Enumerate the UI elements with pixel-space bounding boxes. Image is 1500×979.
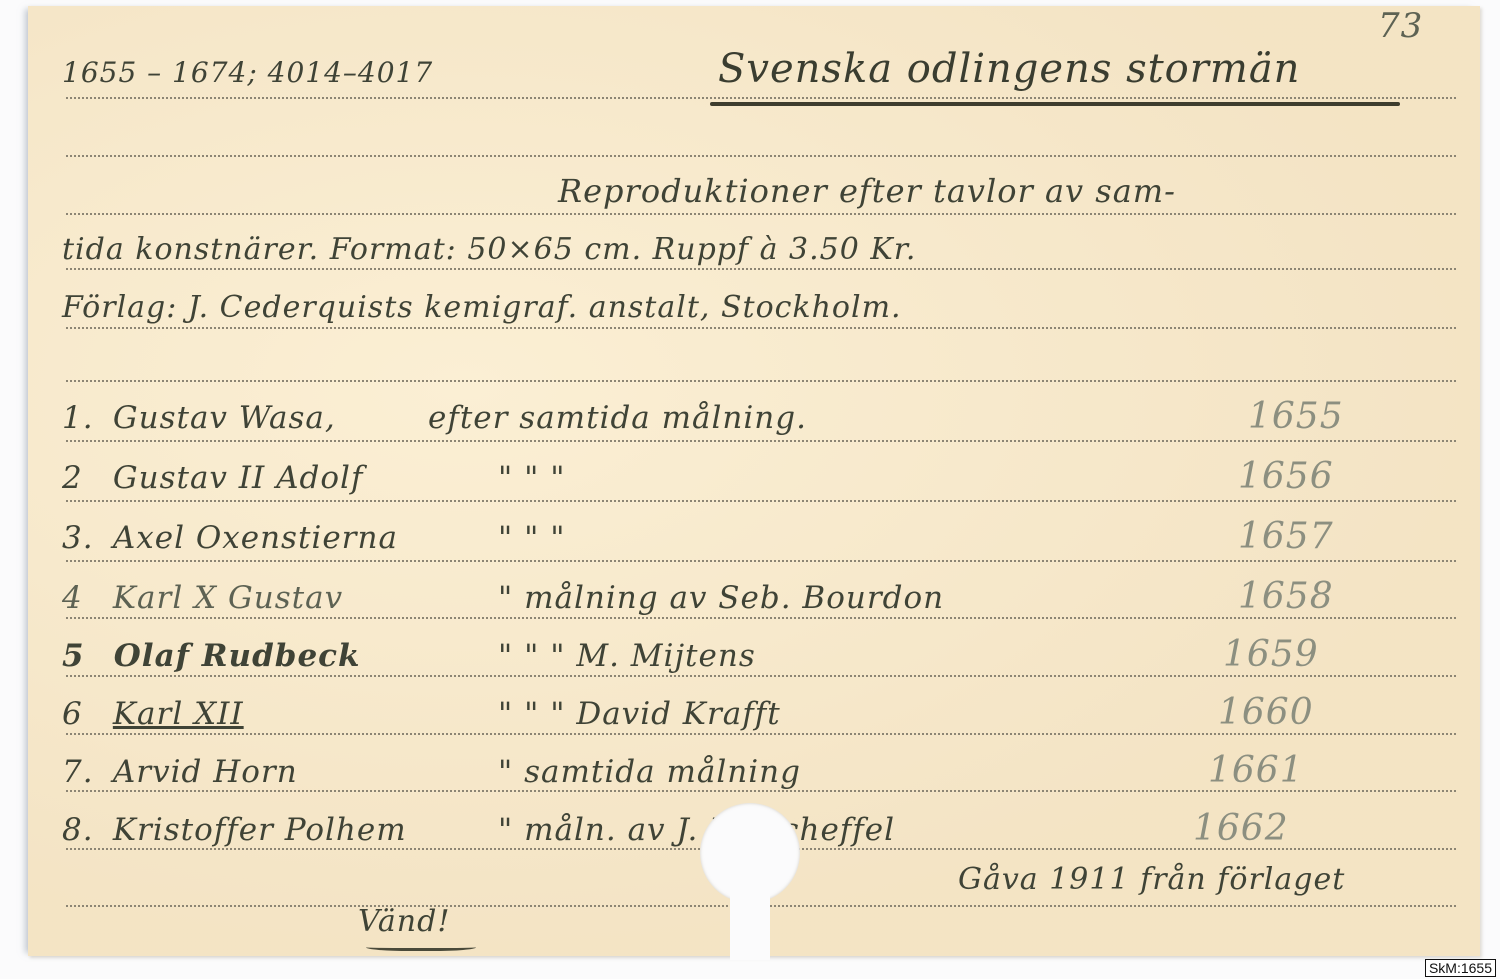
ruled-line (66, 733, 1456, 735)
entry-name: Gustav II Adolf (113, 460, 364, 496)
entry-number: 4 (62, 580, 102, 616)
entry-name: Karl X Gustav (113, 580, 343, 616)
entry-code: 1655 (1248, 396, 1344, 437)
entry-number: 3. (62, 520, 102, 556)
entry-source: " måln. av J. H. Scheffel (498, 812, 895, 848)
entry-source: " " " David Krafft (498, 696, 781, 732)
entry-number: 8. (62, 812, 102, 848)
title-underline (710, 102, 1400, 106)
entry-code: 1661 (1208, 750, 1304, 791)
ruled-line (66, 675, 1456, 677)
entry-code: 1660 (1218, 692, 1314, 733)
description-line-3: Förlag: J. Cederquists kemigraf. anstalt… (62, 290, 902, 325)
entry-name: Karl XII (113, 696, 244, 732)
entry-number: 2 (62, 460, 102, 496)
entry-source: " " " M. Mijtens (498, 638, 756, 674)
ruled-line (66, 440, 1456, 442)
ruled-line (66, 213, 1456, 215)
entry-name: Gustav Wasa, (113, 400, 336, 436)
turn-over-underline (366, 942, 476, 951)
description-line-2: tida konstnärer. Format: 50×65 cm. Ruppf… (62, 232, 916, 267)
page-number: 73 (1378, 6, 1423, 46)
entry-source: " " " (498, 460, 565, 496)
ruled-line (66, 97, 1456, 99)
entry-name: Olaf Rudbeck (114, 638, 361, 674)
ruled-line (66, 560, 1456, 562)
entry-code: 1656 (1238, 456, 1334, 497)
catalog-number-label: SkM:1655 (1425, 959, 1496, 977)
ruled-line (66, 268, 1456, 270)
entry-code: 1658 (1238, 576, 1334, 617)
entry-source: " målning av Seb. Bourdon (498, 580, 944, 616)
entry-source: " " " (498, 520, 565, 556)
ruled-line (66, 155, 1456, 157)
entry-code: 1657 (1238, 516, 1334, 557)
turn-over-note: Vänd! (358, 904, 450, 939)
ruled-line (66, 500, 1456, 502)
ruled-line (66, 380, 1456, 382)
entry-name: Kristoffer Polhem (113, 812, 407, 848)
entry-code: 1659 (1223, 634, 1319, 675)
donation-note: Gåva 1911 från förlaget (958, 862, 1345, 897)
card-title: Svenska odlingens stormän (718, 46, 1300, 92)
entry-number: 6 (62, 696, 102, 732)
entry-name: Axel Oxenstierna (113, 520, 398, 556)
entry-name: Arvid Horn (113, 754, 298, 790)
ruled-line (66, 327, 1456, 329)
entry-source: " samtida målning (498, 754, 801, 790)
entry-number: 5 (62, 638, 102, 674)
reference-range: 1655 – 1674; 4014–4017 (62, 56, 433, 89)
keyhole-slot (730, 880, 770, 960)
entry-source: efter samtida målning. (428, 400, 807, 436)
description-line-1: Reproduktioner efter tavlor av sam- (558, 172, 1176, 210)
entry-code: 1662 (1193, 808, 1289, 849)
ruled-line (66, 617, 1456, 619)
entry-number: 1. (62, 400, 102, 436)
entry-number: 7. (62, 754, 102, 790)
